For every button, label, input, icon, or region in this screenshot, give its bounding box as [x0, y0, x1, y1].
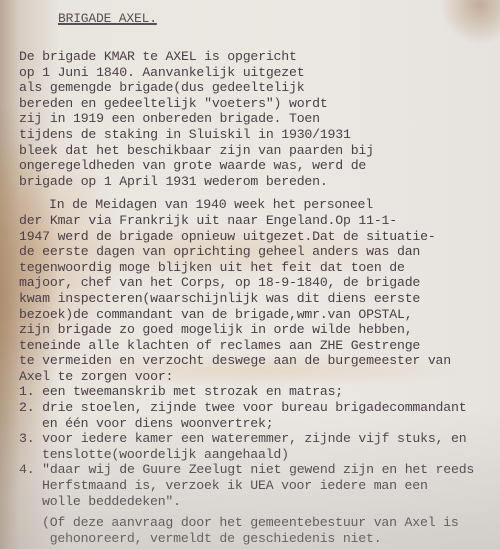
- text-line: zijn brigade zo goed mogelijk in orde wi…: [19, 322, 499, 338]
- list-item: 2. drie stoelen, zijnde twee voor bureau…: [19, 400, 499, 431]
- text-line: de eerste dagen van oprichting geheel an…: [19, 244, 499, 260]
- text-line: der Kmar via Frankrijk uit naar Engeland…: [19, 213, 499, 229]
- list-text: drie stoelen, zijnde twee voor bureau br…: [42, 400, 466, 415]
- list-text: voor iedere kamer een wateremmer, zijnde…: [42, 431, 466, 446]
- text-line: als gemengde brigade(dus gedeeltelijk: [19, 80, 499, 96]
- text-line: In de Meidagen van 1940 week het persone…: [19, 197, 499, 213]
- list-item: 1. een tweemanskrib met strozak en matra…: [19, 384, 499, 400]
- text-line: brigade op 1 April 1931 wederom bereden.: [19, 174, 499, 190]
- list-text: en één voor diens woonvertrek;: [19, 416, 499, 432]
- text-line: zij in 1919 een onbereden brigade. Toen: [19, 111, 499, 127]
- text-line: majoor, chef van het Corps, op 18-9-1840…: [19, 275, 499, 291]
- text-line: bezoek)de commandant van de brigade,wmr.…: [19, 307, 499, 323]
- text-line: bereden en gedeeltelijk "voeters") wordt: [19, 96, 499, 112]
- document-title: BRIGADE AXEL.: [58, 10, 499, 28]
- text-line: op 1 Juni 1840. Aanvankelijk uitgezet: [19, 65, 499, 81]
- list-number: 1.: [19, 384, 34, 399]
- text-line: gehonoreerd, vermeldt de geschiedenis ni…: [42, 531, 499, 547]
- text-line: 1947 werd de brigade opnieuw uitgezet.Da…: [19, 229, 499, 245]
- paragraph-2: In de Meidagen van 1940 week het persone…: [19, 197, 499, 384]
- numbered-list: 1. een tweemanskrib met strozak en matra…: [19, 384, 499, 509]
- scanned-page: BRIGADE AXEL. De brigade KMAR te AXEL is…: [0, 0, 500, 549]
- text-line: te vermeiden en verzocht deswege aan de …: [19, 353, 499, 369]
- list-item: 4. "daar wij de Guure Zeelugt niet gewen…: [19, 462, 499, 509]
- list-number: 3.: [19, 431, 34, 446]
- list-text: "daar wij de Guure Zeelugt niet gewend z…: [42, 462, 474, 477]
- list-text: tenslotte(woordelijk aangehaald): [19, 447, 499, 463]
- text-line: teneinde alle klachten of reclames aan Z…: [19, 338, 499, 354]
- text-line: bleek dat het beschikbaar zijn van paard…: [19, 143, 499, 159]
- list-text: een tweemanskrib met strozak en matras;: [42, 384, 343, 399]
- typewritten-document: BRIGADE AXEL. De brigade KMAR te AXEL is…: [19, 10, 499, 546]
- text-line: De brigade KMAR te AXEL is opgericht: [19, 49, 499, 65]
- list-number: 2.: [19, 400, 34, 415]
- text-line: Axel te zorgen voor:: [19, 369, 499, 385]
- text-line: tegenwoordig moge blijken uit het feit d…: [19, 260, 499, 276]
- text-line: ongeregeldheden van grote waarde was, we…: [19, 158, 499, 174]
- list-text: Herfstmaand is, verzoek ik UEA voor iede…: [19, 478, 499, 494]
- text-line: (Of deze aanvraag door het gemeentebestu…: [42, 515, 499, 531]
- text-line: tijdens de staking in Sluiskil in 1930/1…: [19, 127, 499, 143]
- text-line: kwam inspecteren(waarschijnlijk was dit …: [19, 291, 499, 307]
- closing-note: (Of deze aanvraag door het gemeentebestu…: [19, 515, 499, 546]
- list-item: 3. voor iedere kamer een wateremmer, zij…: [19, 431, 499, 462]
- list-text: wolle beddedeken".: [19, 494, 499, 510]
- paragraph-1: De brigade KMAR te AXEL is opgericht op …: [19, 49, 499, 189]
- list-number: 4.: [19, 462, 34, 477]
